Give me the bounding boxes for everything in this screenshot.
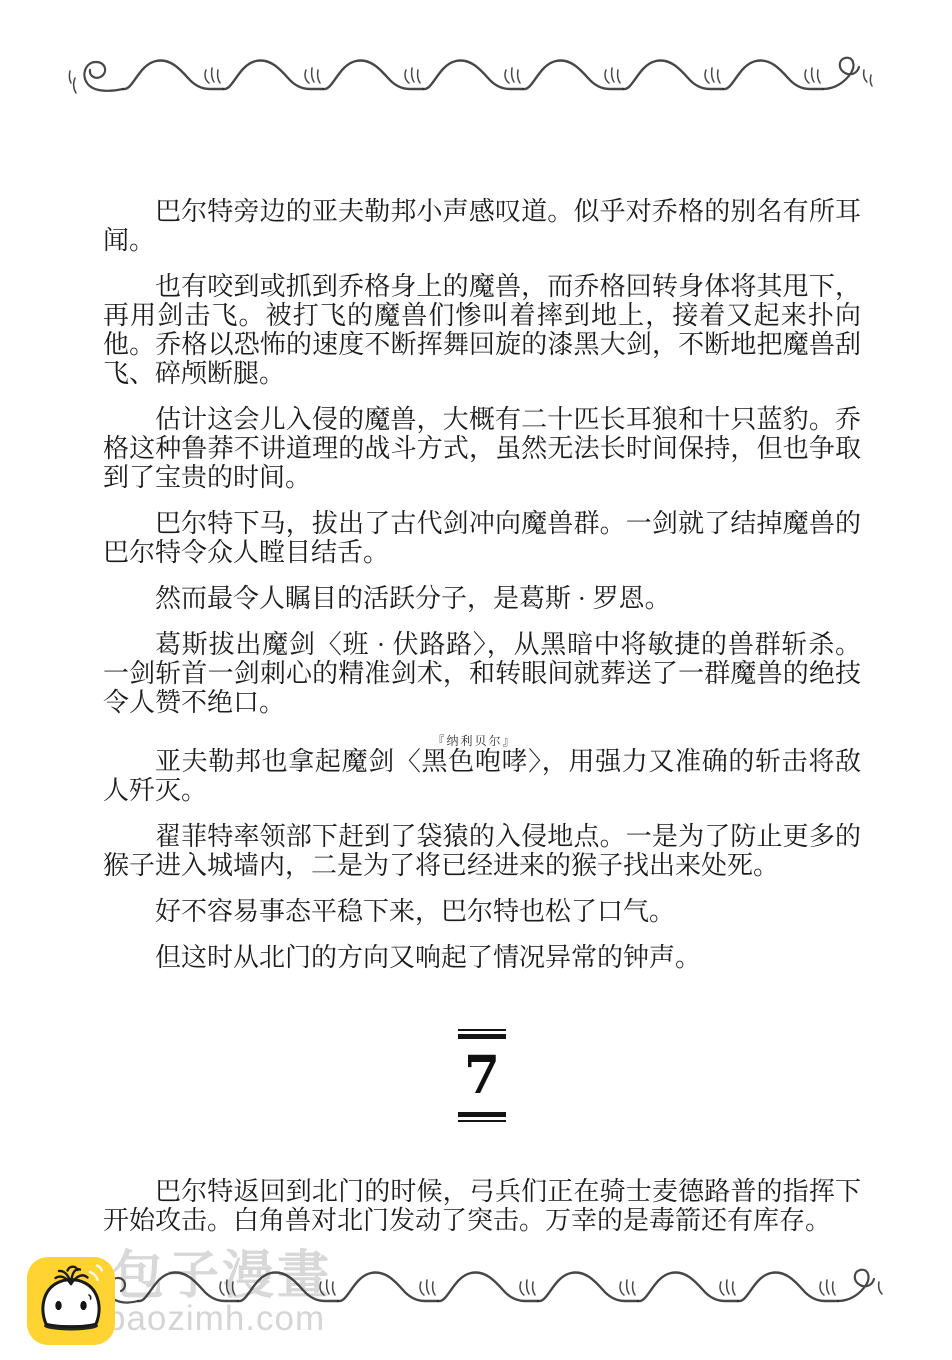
watermark-site-url: baozimh.com [106,1301,325,1336]
paragraph-7-pre: 亚夫勒邦也拿起魔剑〈 [155,747,422,776]
paragraph-6: 葛斯拔出魔剑〈班 · 伏路路〉，从黑暗中将敏捷的兽群斩杀。一剑斩首一剑刺心的精准… [103,630,861,717]
baozi-bun-icon [27,1257,115,1345]
page-text-column: 巴尔特旁边的亚夫勒邦小声感叹道。似乎对乔格的别名有所耳闻。 也有咬到或抓到乔格身… [103,197,861,1252]
chapter-heading: 7 [452,1029,512,1122]
top-flourish-border [63,48,885,102]
sword-name: 黑色咆哮 [422,747,529,776]
paragraph-7: 亚夫勒邦也拿起魔剑〈黑色咆哮『纳利贝尔』〉，用强力又准确的斩击将敌人歼灭。 [103,734,861,805]
paragraph-3: 估计这会儿入侵的魔兽，大概有二十匹长耳狼和十只蓝豹。乔格这种鲁莽不讲道理的战斗方… [103,405,861,492]
paragraph-5: 然而最令人瞩目的活跃分子，是葛斯 · 罗恩。 [103,584,861,613]
sword-name-ruby: 黑色咆哮『纳利贝尔』 [422,747,529,776]
novel-page: 巴尔特旁边的亚夫勒邦小声感叹道。似乎对乔格的别名有所耳闻。 也有咬到或抓到乔格身… [0,0,952,1360]
watermark-site-name: 包子漫畫 [112,1248,332,1305]
sword-name-annotation: 『纳利贝尔』 [422,734,528,748]
paragraph-4: 巴尔特下马，拔出了古代剑冲向魔兽群。一剑就了结掉魔兽的巴尔特令众人瞠目结舌。 [103,509,861,567]
chapter-rule-top-thin [458,1029,506,1031]
chapter-number: 7 [464,1050,500,1102]
chapter-rule-top-thick [458,1034,506,1039]
paragraph-11: 巴尔特返回到北门的时候，弓兵们正在骑士麦德路普的指挥下开始攻击。白角兽对北门发动… [103,1177,861,1235]
chapter-rule-bottom-thick [458,1112,506,1117]
paragraph-10: 但这时从北门的方向又响起了情况异常的钟声。 [103,943,861,972]
paragraph-2: 也有咬到或抓到乔格身上的魔兽，而乔格回转身体将其甩下，再用剑击飞。被打飞的魔兽们… [103,272,861,388]
paragraph-9: 好不容易事态平稳下来，巴尔特也松了口气。 [103,897,861,926]
paragraph-8: 翟菲特率领部下赶到了袋猿的入侵地点。一是为了防止更多的猴子进入城墙内，二是为了将… [103,822,861,880]
chapter-rule-bottom-thin [458,1120,506,1122]
paragraph-1: 巴尔特旁边的亚夫勒邦小声感叹道。似乎对乔格的别名有所耳闻。 [103,197,861,255]
